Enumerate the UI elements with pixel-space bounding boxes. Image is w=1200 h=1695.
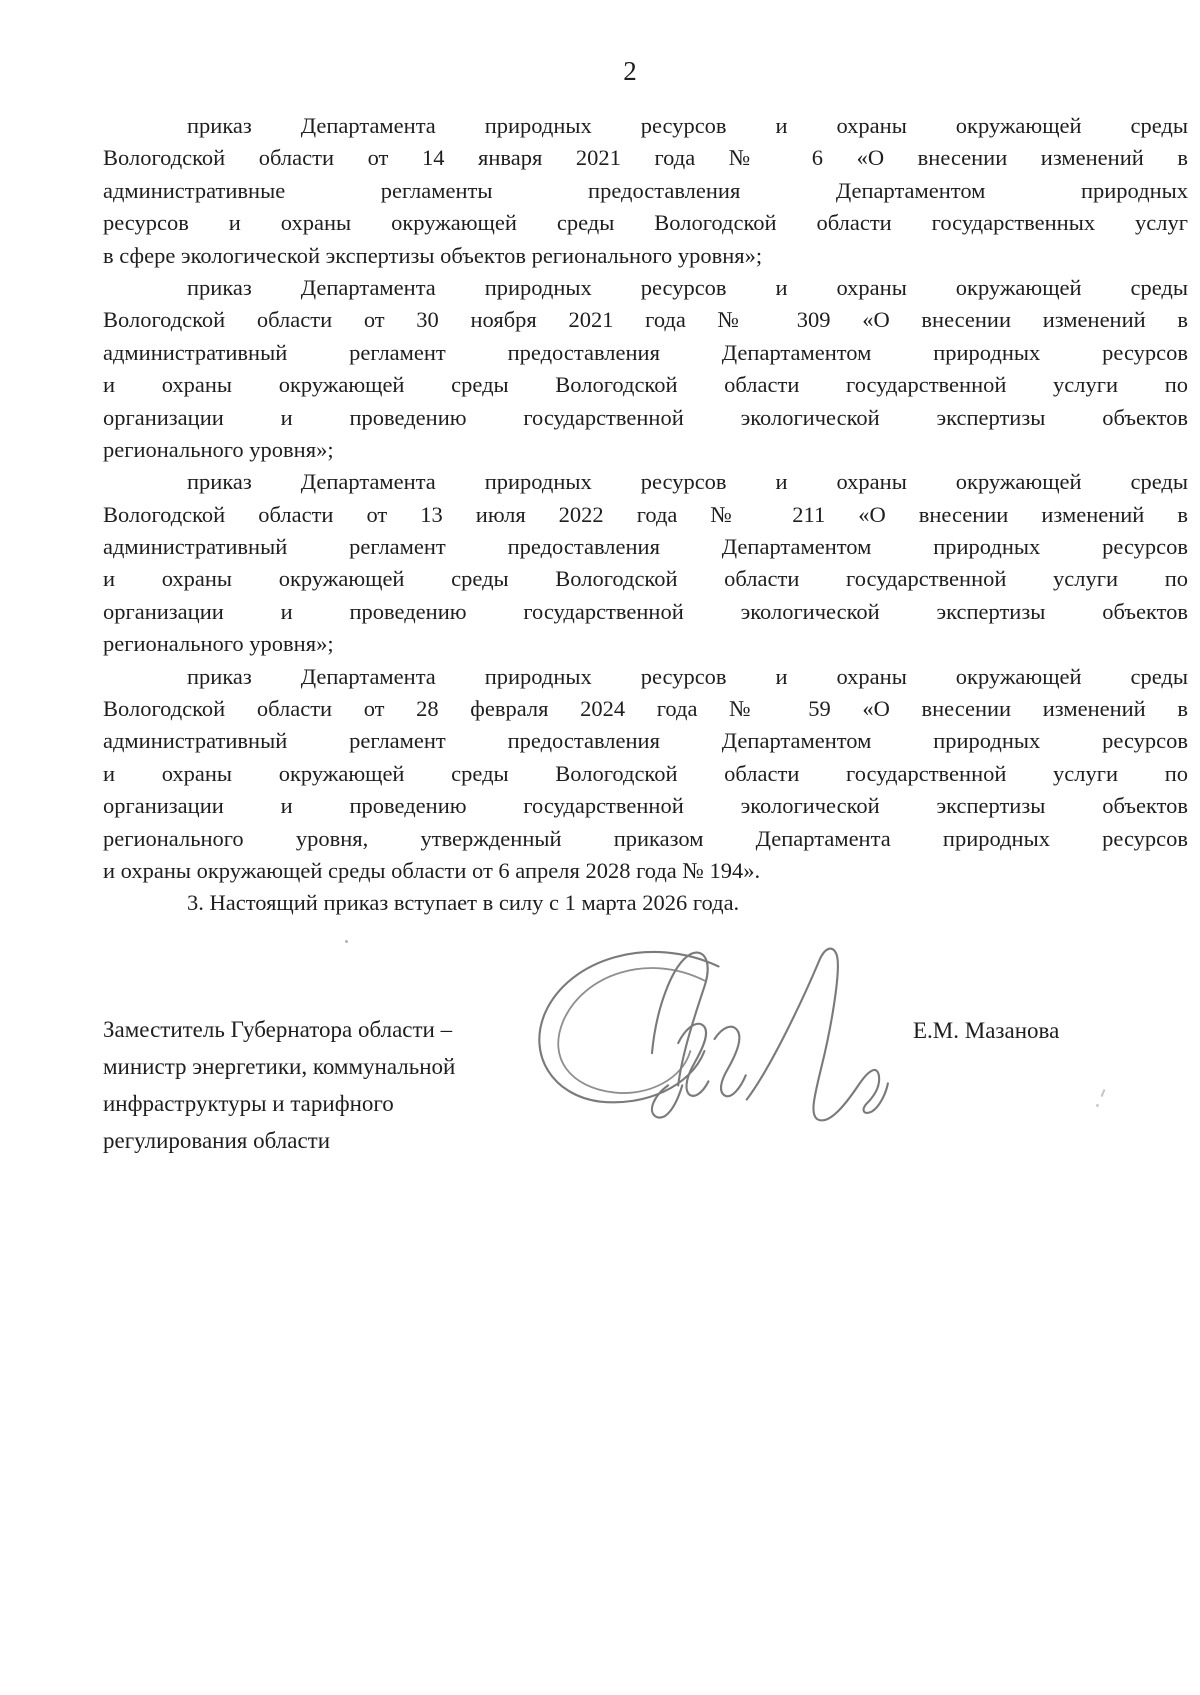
signature-position-lines: Заместитель Губернатора области –министр… <box>103 1011 573 1159</box>
scan-speck <box>345 940 348 943</box>
body-line: приказ Департамента природных ресурсов и… <box>103 272 1188 304</box>
page-number: 2 <box>600 56 660 86</box>
body-line: и охраны окружающей среды области от 6 а… <box>103 855 1188 887</box>
body-line: административный регламент предоставлени… <box>103 725 1188 757</box>
body-line: ресурсов и охраны окружающей среды Волог… <box>103 207 1188 239</box>
body-line: регионального уровня, утвержденный прика… <box>103 823 1188 855</box>
paragraph: приказ Департамента природных ресурсов и… <box>103 272 1188 466</box>
body-line: 3. Настоящий приказ вступает в силу с 1 … <box>103 887 1188 919</box>
body-line: административные регламенты предоставлен… <box>103 175 1188 207</box>
body-line: административный регламент предоставлени… <box>103 531 1188 563</box>
signer-position-line: регулирования области <box>103 1122 573 1159</box>
handwritten-signature-icon <box>531 934 899 1140</box>
body-line: и охраны окружающей среды Вологодской об… <box>103 758 1188 790</box>
signer-position-line: Заместитель Губернатора области – <box>103 1011 573 1048</box>
body-line: и охраны окружающей среды Вологодской об… <box>103 369 1188 401</box>
scanned-document-page: 2 приказ Департамента природных ресурсов… <box>0 0 1200 1695</box>
document-body: приказ Департамента природных ресурсов и… <box>103 110 1188 920</box>
body-line: Вологодской области от 14 января 2021 го… <box>103 142 1188 174</box>
signer-name: Е.М. Мазанова <box>913 1016 1059 1046</box>
paragraph: 3. Настоящий приказ вступает в силу с 1 … <box>103 887 1188 919</box>
paragraph: приказ Департамента природных ресурсов и… <box>103 661 1188 888</box>
body-line: регионального уровня»; <box>103 434 1188 466</box>
body-line: организации и проведению государственной… <box>103 790 1188 822</box>
body-line: Вологодской области от 13 июля 2022 года… <box>103 499 1188 531</box>
body-line: Вологодской области от 30 ноября 2021 го… <box>103 304 1188 336</box>
body-line: организации и проведению государственной… <box>103 402 1188 434</box>
body-line: приказ Департамента природных ресурсов и… <box>103 110 1188 142</box>
body-line: регионального уровня»; <box>103 628 1188 660</box>
body-line: приказ Департамента природных ресурсов и… <box>103 661 1188 693</box>
body-line: в сфере экологической экспертизы объекто… <box>103 240 1188 272</box>
scan-speck <box>1096 1104 1099 1107</box>
body-line: административный регламент предоставлени… <box>103 337 1188 369</box>
paragraph: приказ Департамента природных ресурсов и… <box>103 110 1188 272</box>
paragraph: приказ Департамента природных ресурсов и… <box>103 466 1188 660</box>
signer-position-line: инфраструктуры и тарифного <box>103 1085 573 1122</box>
body-line: Вологодской области от 28 февраля 2024 г… <box>103 693 1188 725</box>
body-line: организации и проведению государственной… <box>103 596 1188 628</box>
scan-speck <box>1101 1089 1106 1097</box>
body-line: и охраны окружающей среды Вологодской об… <box>103 563 1188 595</box>
signer-position-line: министр энергетики, коммунальной <box>103 1048 573 1085</box>
body-line: приказ Департамента природных ресурсов и… <box>103 466 1188 498</box>
